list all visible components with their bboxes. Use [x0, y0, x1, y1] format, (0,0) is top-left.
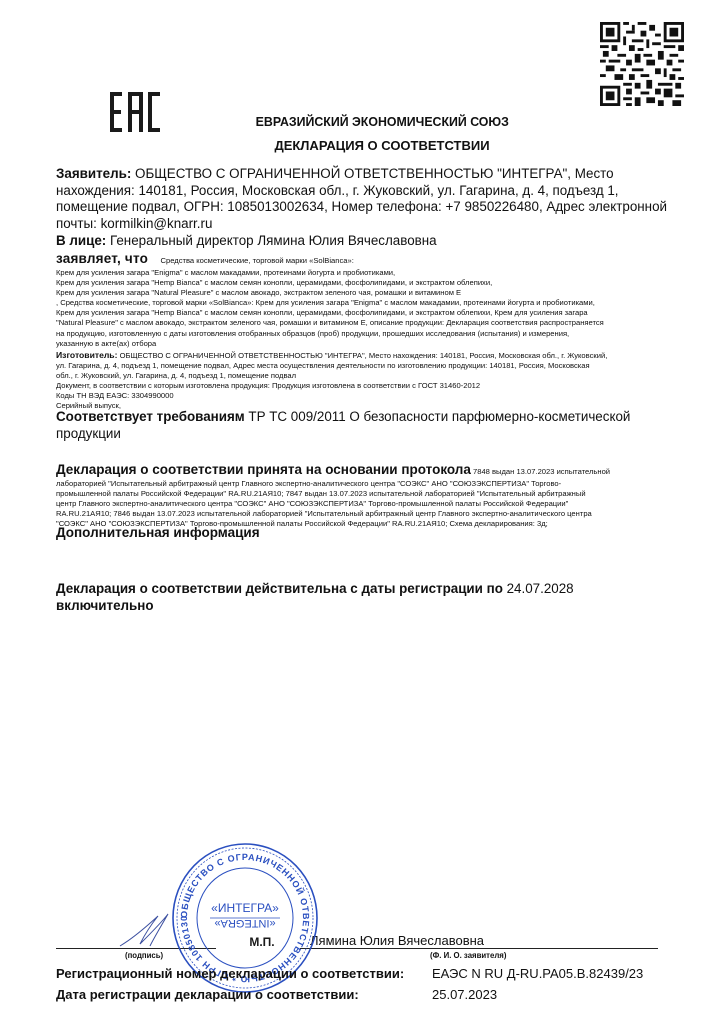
registration-date-value: 25.07.2023: [432, 987, 497, 1002]
product-line: на продукцию, изготовленную с даты изгот…: [56, 329, 686, 339]
signature-caption: (подпись): [125, 951, 163, 960]
registration-number-label: Регистрационный номер декларации о соотв…: [56, 966, 404, 981]
protocol-section: Декларация о соответствии принята на осн…: [56, 461, 696, 529]
declares-section: заявляет, что Средства косметические, то…: [56, 250, 686, 411]
validity-suffix: включительно: [56, 598, 676, 615]
signatory-name: Лямина Юлия Вячеславовна: [310, 933, 484, 948]
product-line: Крем для усиления загара "Hemp Bianca" с…: [56, 308, 686, 318]
represented-by-section: В лице: Генеральный директор Лямина Юлия…: [56, 233, 676, 250]
applicant-label: Заявитель:: [56, 166, 131, 181]
svg-text:«ИНТЕГРА»: «ИНТЕГРА»: [211, 901, 279, 915]
manufacturer-details: ул. Гагарина, д. 4, подъезд 1, помещение…: [56, 361, 686, 411]
applicant-text: ОБЩЕСТВО С ОГРАНИЧЕННОЙ ОТВЕТСТВЕННОСТЬЮ…: [56, 166, 667, 231]
conforms-section: Соответствует требованиям ТР ТС 009/2011…: [56, 409, 676, 442]
registration-date-label: Дата регистрации декларации о соответств…: [56, 987, 359, 1002]
name-line: [300, 948, 658, 949]
additional-info-heading: Дополнительная информация: [56, 525, 260, 540]
product-line: Крем для усиления загара "Enigma" с масл…: [56, 268, 686, 278]
document-title: ДЕКЛАРАЦИЯ О СООТВЕТСТВИИ: [0, 138, 724, 153]
name-caption: (Ф. И. О. заявителя): [430, 951, 506, 960]
product-description: Крем для усиления загара "Enigma" с масл…: [56, 268, 686, 349]
svg-text:«INTEGRA»: «INTEGRA»: [214, 917, 275, 929]
conforms-label: Соответствует требованиям: [56, 409, 245, 424]
product-line: , Средства косметические, торговой марки…: [56, 298, 686, 308]
union-title: ЕВРАЗИЙСКИЙ ЭКОНОМИЧЕСКИЙ СОЮЗ: [0, 114, 724, 129]
product-line: указанную в акте(ах) отбора: [56, 339, 686, 349]
product-line: Крем для усиления загара "Natural Pleasu…: [56, 288, 686, 298]
protocol-label: Декларация о соответствии принята на осн…: [56, 462, 471, 477]
protocol-details: лабораторией "Испытательный арбитражный …: [56, 479, 696, 529]
manufacturer-line: Изготовитель: ОБЩЕСТВО С ОГРАНИЧЕННОЙ ОТ…: [56, 350, 686, 361]
validity-section: Декларация о соответствии действительна …: [56, 581, 676, 614]
declares-first-line: Средства косметические, торговой марки «…: [161, 256, 354, 265]
product-line: "Natural Pleasure" с маслом авокадо, экс…: [56, 318, 686, 328]
qr-code-icon: [600, 22, 684, 106]
svg-text:М.П.: М.П.: [249, 935, 274, 949]
manufacturer-label: Изготовитель:: [56, 350, 117, 360]
validity-date: 24.07.2028: [503, 581, 574, 596]
applicant-section: Заявитель: ОБЩЕСТВО С ОГРАНИЧЕННОЙ ОТВЕТ…: [56, 166, 676, 232]
registration-number-value: ЕАЭС N RU Д-RU.PA05.B.82439/23: [432, 966, 643, 981]
validity-label: Декларация о соответствии действительна …: [56, 581, 503, 596]
represented-by-label: В лице:: [56, 233, 106, 248]
represented-by-text: Генеральный директор Лямина Юлия Вячесла…: [106, 233, 436, 248]
declares-label: заявляет, что: [56, 251, 148, 266]
product-line: Крем для усиления загара "Hemp Bianca" с…: [56, 278, 686, 288]
